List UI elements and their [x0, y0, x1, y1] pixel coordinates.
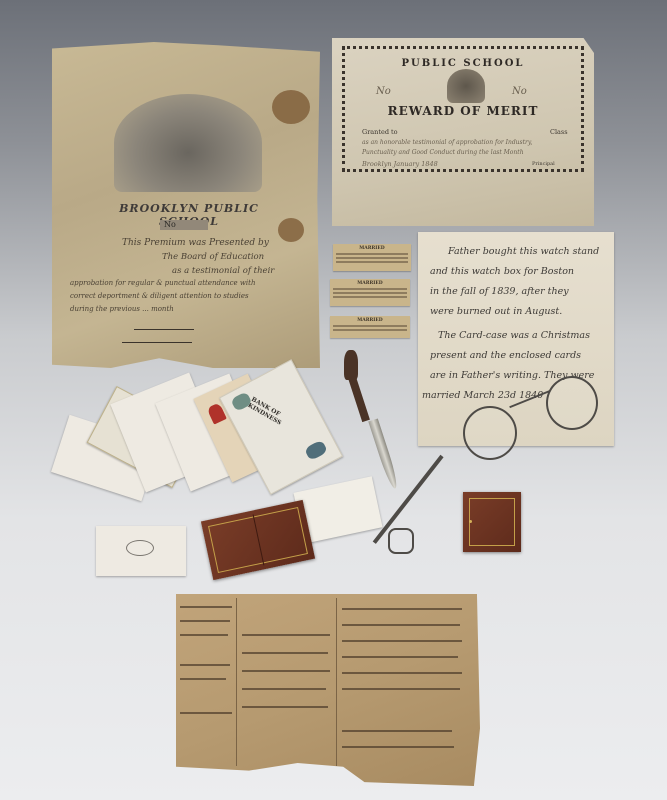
column-rule: [336, 598, 337, 766]
letter-line: present and the enclosed cards: [430, 350, 581, 361]
clipping-heading: MARRIED: [333, 246, 411, 251]
principal-label: Principal: [532, 161, 555, 167]
floral-calling-card: [96, 526, 186, 576]
letter-line: in the fall of 1839, after they: [430, 286, 569, 297]
marriage-clipping: MARRIED: [330, 279, 410, 306]
brooklyn-public-school-certificate: BROOKLYN PUBLIC SCHOOL No This Premium w…: [52, 42, 320, 368]
certificate-line: correct deportment & diligent attention …: [70, 292, 249, 300]
lorgnette-lens-left: [463, 406, 517, 460]
letter-line: and this watch box for Boston: [430, 266, 574, 277]
clipping-heading: MARRIED: [330, 281, 410, 286]
class-label: Class: [550, 128, 568, 136]
beehive-engraving: [447, 69, 485, 103]
clipping-heading: MARRIED: [330, 318, 410, 323]
letter-line: were burned out in August.: [430, 306, 562, 317]
case-clasp: [469, 520, 472, 523]
stain: [272, 90, 310, 124]
lorgnette-bow-finial: [388, 528, 414, 554]
merit-body: as an honorable testimonial of approbati…: [362, 139, 532, 146]
engraving-vignette: [114, 94, 262, 192]
signature: [134, 329, 194, 330]
illustration: [304, 439, 328, 461]
gilt-border: [469, 498, 515, 546]
certificate-line: approbation for regular & punctual atten…: [70, 279, 255, 287]
letter-opener-shaft: [348, 376, 370, 422]
reward-of-merit-card: PUBLIC SCHOOL No No REWARD OF MERIT Gran…: [332, 38, 594, 226]
certificate-line: during the previous ... month: [70, 305, 174, 313]
certificate-line: The Board of Education: [162, 252, 264, 262]
signature: [122, 342, 192, 343]
granted-label: Granted to: [362, 128, 398, 136]
open-card-case: [201, 500, 315, 580]
merit-header: PUBLIC SCHOOL: [332, 58, 594, 69]
ottoman-newspaper-fragment: [176, 594, 480, 786]
column-rule: [236, 598, 237, 766]
merit-title: REWARD OF MERIT: [332, 104, 594, 118]
bank-card-title: BANK OF KINDNESS: [247, 396, 315, 443]
letter-line: Father bought this watch stand: [448, 246, 599, 257]
merit-no-left: No: [376, 86, 391, 97]
marriage-clipping: MARRIED: [330, 316, 410, 338]
merit-date: Brooklyn January 1848: [362, 160, 438, 168]
letter-line: The Card-case was a Christmas: [438, 330, 590, 341]
lorgnette-lens-right: [546, 376, 598, 430]
merit-body: Punctuality and Good Conduct during the …: [362, 149, 524, 156]
closed-card-case: [463, 492, 521, 552]
certificate-line: as a testimonial of their: [172, 266, 274, 276]
letter-opener-blade: [368, 418, 400, 490]
merit-no-right: No: [512, 86, 527, 97]
certificate-number: No: [160, 220, 208, 230]
certificate-line: This Premium was Presented by: [122, 238, 269, 248]
flower-engraving: [126, 540, 154, 556]
marriage-clipping: MARRIED: [333, 244, 411, 271]
